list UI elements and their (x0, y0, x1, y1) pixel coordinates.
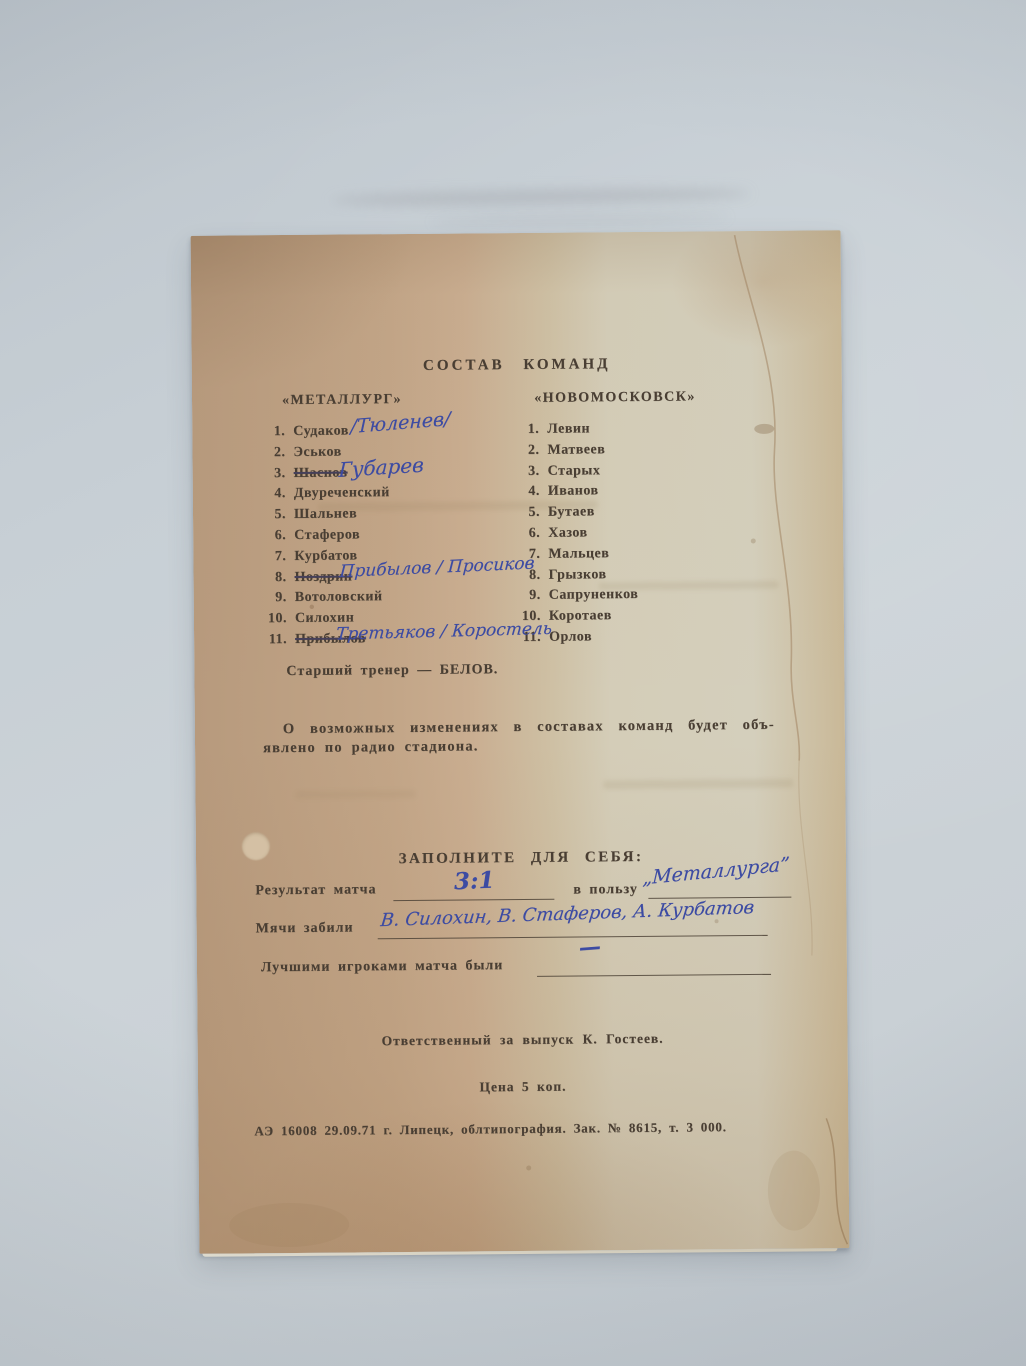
handwritten-score: 3:1 (414, 865, 535, 897)
show-through-ghost-text (295, 790, 415, 799)
player-number: 10. (257, 609, 287, 630)
player-row: 5.Шальнев (256, 503, 506, 526)
player-number: 6. (510, 524, 540, 545)
player-name: Вотоловский (295, 588, 383, 610)
note-line-1: О возможных изменениях в составах команд… (263, 717, 775, 738)
radio-announcement-note: О возможных изменениях в составах команд… (263, 717, 775, 757)
player-number: 2. (509, 441, 539, 462)
player-name: Эськов (293, 442, 341, 463)
player-name: Орлов (549, 627, 592, 648)
player-row: 4.Иванов (510, 480, 760, 503)
player-number: 5. (510, 503, 540, 524)
photo-of-matchday-programme: { "photo": { "background_color": "#c9d0d… (0, 0, 1026, 1366)
player-number: 2. (255, 443, 285, 464)
note-line-2: явлено по радио стадиона. (263, 736, 775, 757)
player-name: Старых (548, 461, 601, 482)
player-name: Иванов (548, 482, 599, 503)
best-players-label: Лучшими игроками матча были (261, 958, 503, 976)
in-favor-label: в пользу (573, 882, 638, 899)
wall-reflection-smudge (330, 186, 750, 207)
wall-reflection-smudge (430, 212, 730, 226)
player-row: 7.Мальцев (510, 543, 760, 566)
player-number: 1. (509, 420, 539, 441)
best-players-blank-line (537, 958, 771, 977)
player-number: 6. (256, 526, 286, 547)
programme-page: СОСТАВ КОМАНД «МЕТАЛЛУРГ» «НОВОМОСКОВСК»… (191, 230, 850, 1254)
show-through-ghost-text (603, 779, 793, 790)
player-number: 11. (257, 630, 287, 651)
player-number: 4. (256, 484, 286, 505)
player-row: 1.Левин (509, 418, 759, 441)
player-row: 5.Бутаев (510, 501, 760, 524)
player-name: Коротаев (549, 606, 612, 627)
player-number: 4. (510, 482, 540, 503)
player-row: 6.Стаферов (256, 524, 506, 547)
player-name: Мальцев (548, 544, 609, 565)
head-coach-line: Старший тренер — БЕЛОВ. (286, 662, 498, 680)
player-name: Шальнев (294, 505, 357, 526)
player-row: 9.Вотоловский (257, 586, 507, 609)
team-name-novomoskovsk: «НОВОМОСКОВСК» (520, 389, 710, 407)
price-line: Цена 5 коп. (198, 1076, 848, 1098)
player-row: 4.Двуреченский (256, 483, 506, 506)
player-name: Левин (547, 419, 590, 440)
player-number: 9. (511, 586, 541, 607)
player-name: Матвеев (547, 440, 605, 461)
player-number: 1. (255, 422, 285, 443)
player-name: Судаков (293, 421, 349, 442)
handwritten-dash: — (578, 934, 600, 961)
player-number: 3. (510, 461, 540, 482)
team-name-metallurg: «МЕТАЛЛУРГ» (247, 392, 437, 410)
player-name: Хазов (548, 523, 588, 544)
player-number: 8. (256, 568, 286, 589)
player-row: 2.Матвеев (509, 439, 759, 462)
player-row: 9.Сапруненков (511, 584, 761, 607)
result-label: Результат матча (255, 882, 376, 899)
player-name: Стаферов (294, 525, 360, 546)
player-row: 6.Хазов (510, 522, 760, 545)
responsible-editor-line: Ответственный за выпуск К. Гостеев. (198, 1029, 848, 1051)
goals-label: Мячи забили (256, 920, 354, 937)
player-number: 9. (257, 588, 287, 609)
player-name: Сапруненков (549, 585, 639, 607)
player-name: Грызков (548, 565, 606, 586)
player-number: 7. (256, 547, 286, 568)
player-name: Бутаев (548, 503, 595, 524)
print-imprint-line: АЭ 16008 29.09.71 г. Липецк, облтипограф… (254, 1119, 794, 1140)
player-row: 3.Старых (510, 459, 760, 482)
lineup-column-novomoskovsk: 1.Левин 2.Матвеев 3.Старых 4.Иванов 5.Бу… (509, 418, 761, 649)
player-name: Двуреченский (294, 484, 390, 506)
player-number: 5. (256, 505, 286, 526)
player-row: 8.Грызков (510, 563, 760, 586)
player-number: 3. (256, 464, 286, 485)
page-title: СОСТАВ КОМАНД (192, 354, 842, 377)
